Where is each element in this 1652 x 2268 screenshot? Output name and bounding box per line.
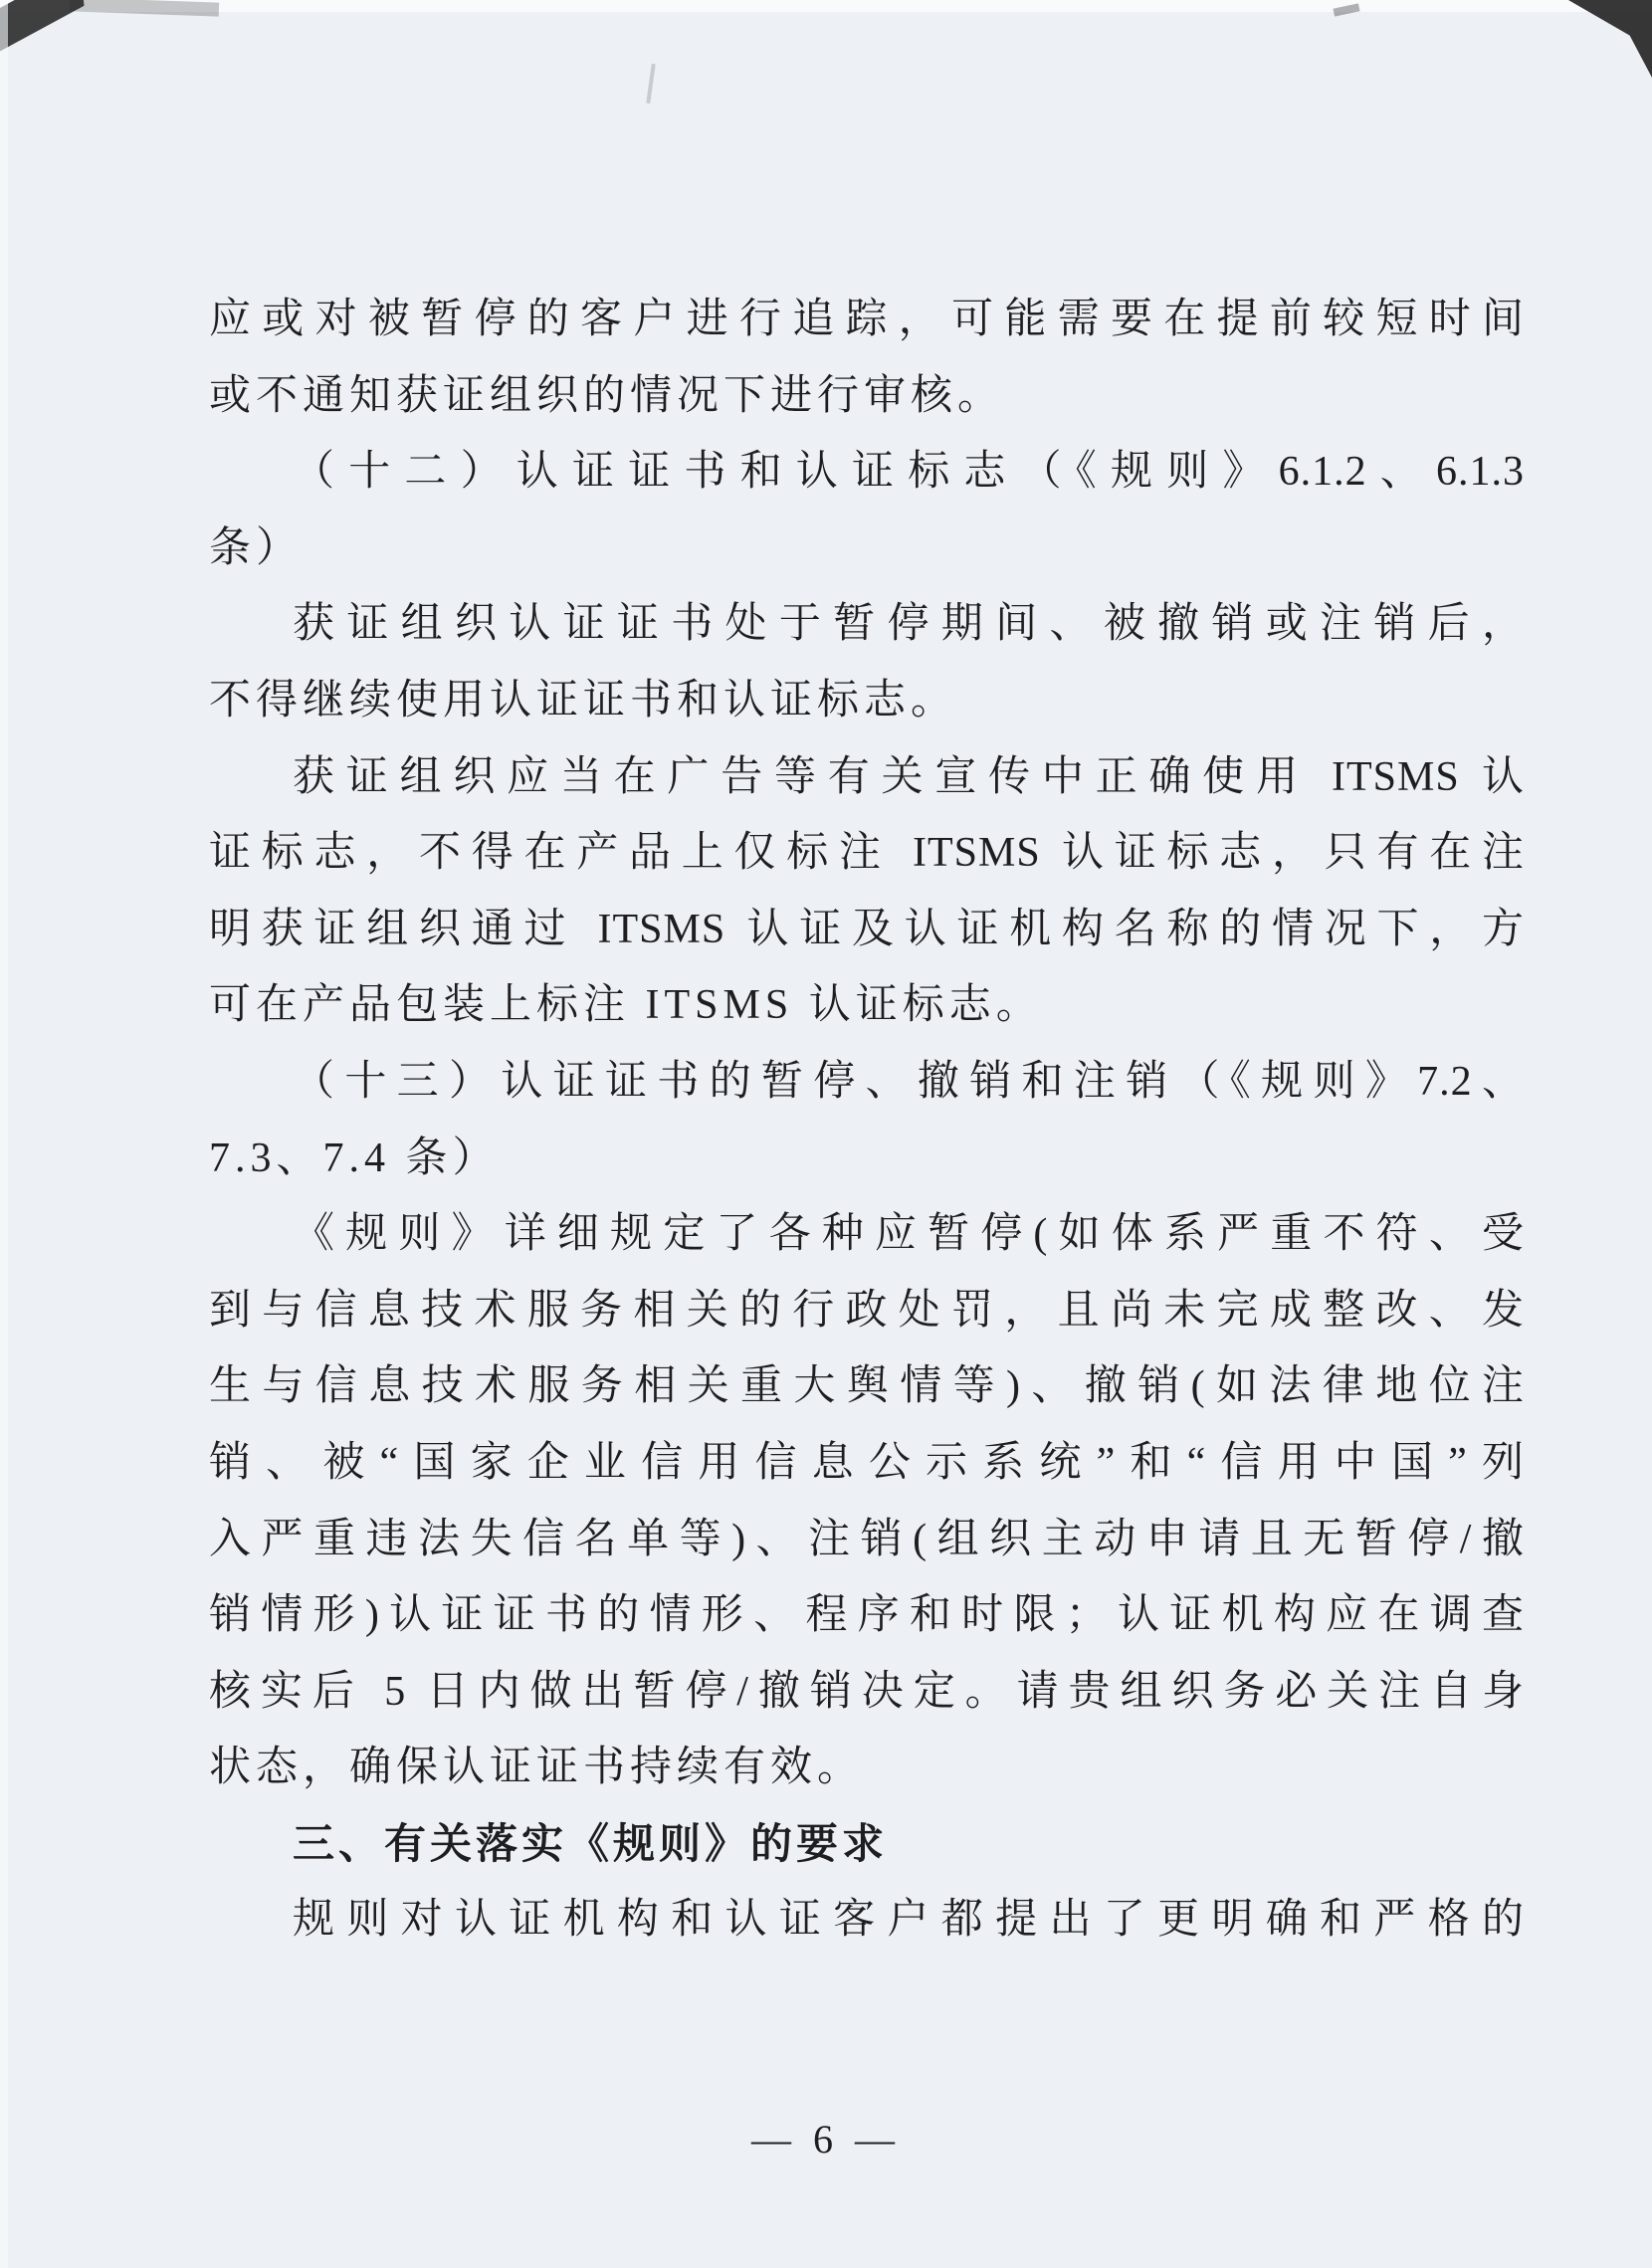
text-line: 入严重违法失信名单等)、注销(组织主动申请且无暂停/撤 [209,1502,1525,1578]
text-line: （十三）认证证书的暂停、撤销和注销（《规则》7.2、 [209,1044,1525,1121]
text-line: 7.3、7.4 条） [209,1121,1525,1197]
page-number: — 6 — [0,2116,1652,2163]
text-line: 《规则》详细规定了各种应暂停(如体系严重不符、受 [209,1196,1525,1273]
text-line: 规则对认证机构和认证客户都提出了更明确和严格的 [209,1882,1525,1959]
text-line: 销、被“国家企业信用信息公示系统”和“信用中国”列 [209,1425,1525,1502]
text-line: 核实后 5 日内做出暂停/撤销决定。请贵组织务必关注自身 [209,1654,1525,1731]
text-line: 可在产品包装上标注 ITSMS 认证标志。 [209,967,1525,1044]
text-line: 或不通知获证组织的情况下进行审核。 [209,358,1525,435]
text-line: 应或对被暂停的客户进行追踪，可能需要在提前较短时间 [209,282,1525,358]
text-line: 获证组织认证证书处于暂停期间、被撤销或注销后， [209,586,1525,663]
text-line: 到与信息技术服务相关的行政处罚，且尚未完成整改、发 [209,1273,1525,1349]
text-line: 不得继续使用认证证书和认证标志。 [209,663,1525,739]
text-line: （十二）认证证书和认证标志（《规则》6.1.2、6.1.3 [209,434,1525,511]
text-line: 明获证组织通过 ITSMS 认证及认证机构名称的情况下，方 [209,892,1525,968]
text-line: 状态，确保认证证书持续有效。 [209,1730,1525,1806]
section-heading: 三、有关落实《规则》的要求 [209,1806,1525,1883]
document-body: 应或对被暂停的客户进行追踪，可能需要在提前较短时间或不通知获证组织的情况下进行审… [209,282,1525,1959]
scan-artifact-top-smudge [70,0,219,17]
scan-artifact-top-right [1537,0,1652,98]
text-line: 生与信息技术服务相关重大舆情等)、撤销(如法律地位注 [209,1348,1525,1425]
text-line: 获证组织应当在广告等有关宣传中正确使用 ITSMS 认 [209,739,1525,816]
scan-artifact-speck [646,64,656,103]
scan-artifact-speck [1333,3,1359,16]
text-line: 销情形)认证证书的情形、程序和时限；认证机构应在调查 [209,1577,1525,1654]
document-page: 应或对被暂停的客户进行追踪，可能需要在提前较短时间或不通知获证组织的情况下进行审… [0,0,1652,2268]
text-line: 证标志，不得在产品上仅标注 ITSMS 认证标志，只有在注 [209,815,1525,892]
text-line: 条） [209,511,1525,587]
